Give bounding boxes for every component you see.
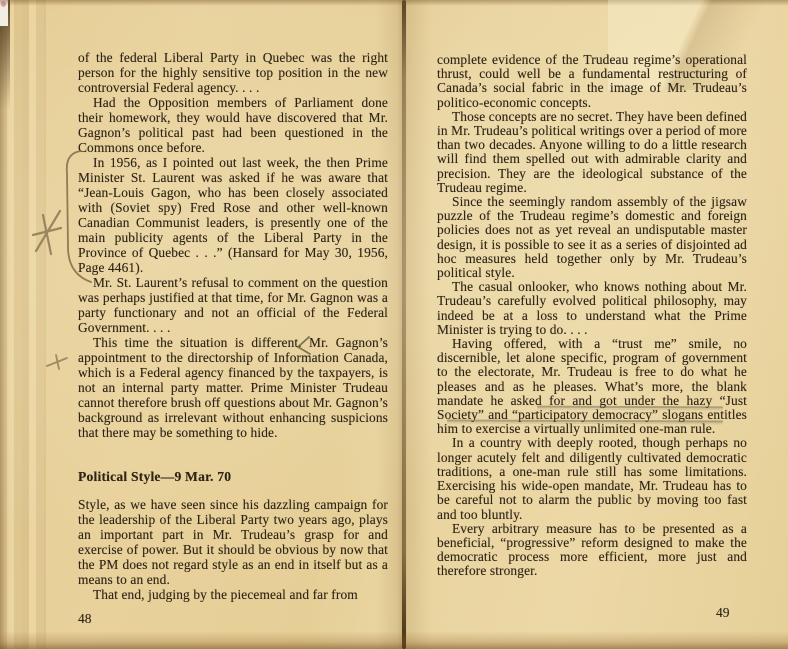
paragraph: complete evidence of the Trudeau regime’… [437, 53, 747, 110]
paragraph: Style, as we have seen since his dazzlin… [78, 497, 388, 587]
page-number-right: 49 [716, 605, 730, 621]
paragraph: The casual onlooker, who knows nothing a… [437, 280, 747, 337]
page-right: complete evidence of the Trudeau regime’… [437, 53, 747, 579]
paragraph: Mr. St. Laurent’s refusal to comment on … [78, 275, 388, 335]
paragraph: In a country with deeply rooted, though … [437, 436, 747, 521]
paragraph: In 1956, as I pointed out last week, the… [78, 155, 388, 275]
page-number-left: 48 [78, 611, 92, 627]
paragraph: Had the Opposition members of Parliament… [78, 95, 388, 155]
section-heading: Political Style—9 Mar. 70 [78, 469, 388, 484]
top-edge-shadow [0, 0, 788, 6]
paragraph: Every arbitrary measure has to be presen… [437, 522, 747, 579]
book-gutter-crease [402, 0, 406, 649]
paragraph: of the federal Liberal Party in Quebec w… [78, 50, 388, 95]
pencil-tick-mark [47, 355, 67, 369]
page-left: of the federal Liberal Party in Quebec w… [78, 50, 388, 602]
bottom-edge-shadow [0, 631, 788, 649]
paragraph: Since the seemingly random assembly of t… [437, 195, 747, 280]
paragraph: That end, judging by the piecemeal and f… [78, 587, 388, 602]
paragraph: This time the situation is different. Mr… [78, 335, 388, 440]
book-scan: of the federal Liberal Party in Quebec w… [0, 0, 788, 649]
paragraph: Those concepts are no secret. They have … [437, 110, 747, 195]
